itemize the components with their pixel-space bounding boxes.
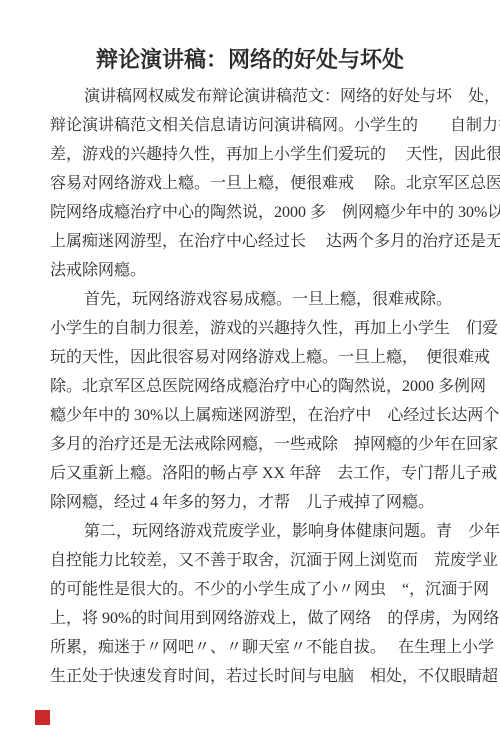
text-line: 的可能性是很大的。不少的小学生成了小〃网虫 “，沉湎于网 [50, 575, 485, 604]
text-line: 差，游戏的兴趣持久性，再加上小学生们爱玩的 天性，因此很 [50, 140, 485, 169]
text-line: 上，将 90%的时间用到网络游戏上，做了网络 的俘虏，为网络 [50, 604, 485, 633]
red-stamp-marker [35, 710, 50, 725]
paragraph: 第二，玩网络游戏荒废学业，影响身体健康问题。青 少年自控能力比较差，又不善于取舍… [50, 517, 485, 691]
text-line: 小学生的自制力很差，游戏的兴趣持久性，再加上小学生 们爱 [50, 314, 485, 343]
text-line: 辩论演讲稿范文相关信息请访问演讲稿网。小学生的 自制力很 [50, 111, 485, 140]
text-line: 上属痴迷网游型，在治疗中心经过长 达两个多月的治疗还是无 [50, 227, 485, 256]
document-title: 辩论演讲稿：网络的好处与坏处 [0, 0, 500, 74]
text-line: 容易对网络游戏上瘾。一旦上瘾，便很难戒 除。北京军区总医 [50, 169, 485, 198]
paragraph: 演讲稿网权威发布辩论演讲稿范文：网络的好处与坏 处，辩论演讲稿范文相关信息请访问… [50, 82, 485, 285]
text-line: 多月的治疗还是无法戒除网瘾，一些戒除 掉网瘾的少年在回家 [50, 430, 485, 459]
text-line: 第二，玩网络游戏荒废学业，影响身体健康问题。青 少年 [50, 517, 485, 546]
paragraph: 首先，玩网络游戏容易成瘾。一旦上瘾，很难戒除。小学生的自制力很差，游戏的兴趣持久… [50, 285, 485, 517]
text-line: 后又重新上瘾。洛阳的畅占亭 XX 年辞 去工作，专门帮儿子戒 [50, 459, 485, 488]
text-line: 所累，痴迷于〃网吧〃、〃聊天室〃不能自拔。 在生理上小学 [50, 633, 485, 662]
text-line: 法戒除网瘾。 [50, 256, 485, 285]
document-page: 辩论演讲稿：网络的好处与坏处 演讲稿网权威发布辩论演讲稿范文：网络的好处与坏 处… [0, 0, 500, 740]
text-line: 除。北京军区总医院网络成瘾治疗中心的陶然说，2000 多例网 [50, 372, 485, 401]
text-line: 自控能力比较差，又不善于取舍，沉湎于网上浏览而 荒废学业 [50, 546, 485, 575]
document-body: 演讲稿网权威发布辩论演讲稿范文：网络的好处与坏 处，辩论演讲稿范文相关信息请访问… [50, 82, 485, 691]
text-line: 院网络成瘾治疗中心的陶然说，2000 多 例网瘾少年中的 30%以 [50, 198, 485, 227]
text-line: 玩的天性，因此很容易对网络游戏上瘾。一旦上瘾， 便很难戒 [50, 343, 485, 372]
text-line: 演讲稿网权威发布辩论演讲稿范文：网络的好处与坏 处， [50, 82, 485, 111]
text-line: 除网瘾，经过 4 年多的努力，才帮 儿子戒掉了网瘾。 [50, 488, 485, 517]
text-line: 生正处于快速发育时间，若过长时间与电脑 相处，不仅眼睛超 [50, 662, 485, 691]
text-line: 瘾少年中的 30%以上属痴迷网游型，在治疗中 心经过长达两个 [50, 401, 485, 430]
text-line: 首先，玩网络游戏容易成瘾。一旦上瘾，很难戒除。 [50, 285, 485, 314]
